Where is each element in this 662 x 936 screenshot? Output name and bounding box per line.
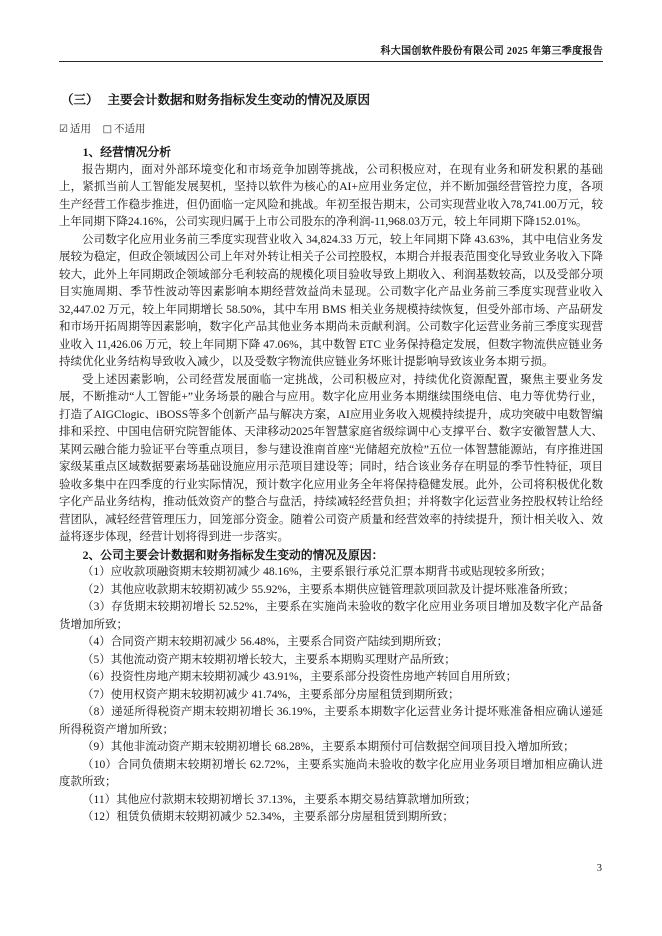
change-item-5: （5）其他流动资产期末较期初增长较大，主要系本期购买理财产品所致； — [59, 652, 603, 670]
section-number: （三） — [61, 93, 99, 107]
applicable-label: 适用 — [70, 124, 91, 135]
report-page: 科大国创软件股份有限公司 2025 年第三季度报告 （三）主要会计数据和财务指标… — [0, 0, 662, 936]
applicable-option: ☑适用 — [59, 124, 94, 135]
report-header-title: 科大国创软件股份有限公司 2025 年第三季度报告 — [381, 46, 604, 57]
section-heading: （三）主要会计数据和财务指标发生变动的情况及原因 — [61, 90, 603, 108]
change-item-10: （10）合同负债期末较期初增长 62.72%，主要系实施尚未验收的数字化应用业务… — [59, 757, 603, 792]
not-applicable-label: 不适用 — [114, 124, 146, 135]
change-item-8: （8）递延所得税资产期末较期初增长 36.19%，主要系本期数字化运营业务计提坏… — [59, 704, 603, 739]
not-applicable-option: □不适用 — [103, 124, 146, 135]
change-item-2: （2）其他应收款期末较期初减少 55.92%，主要系本期供应链管理款项回款及计提… — [59, 582, 603, 600]
change-item-11: （11）其他应付款期末较期初增长 37.13%，主要系本期交易结算款增加所致； — [59, 792, 603, 810]
changes-heading: 2、公司主要会计数据和财务指标发生变动的情况及原因： — [59, 547, 603, 565]
page-content: （三）主要会计数据和财务指标发生变动的情况及原因 ☑适用 □不适用 1、经营情况… — [59, 86, 603, 827]
change-item-4: （4）合同资产期末较期初减少 56.48%，主要系合同资产陆续到期所致； — [59, 634, 603, 652]
change-item-1: （1）应收款项融资期末较期初减少 48.16%，主要系银行承兑汇票本期背书或贴现… — [59, 564, 603, 582]
applicability-row: ☑适用 □不适用 — [59, 121, 603, 136]
section-title: 主要会计数据和财务指标发生变动的情况及原因 — [108, 93, 371, 107]
analysis-paragraph-1: 报告期内，面对外部环境变化和市场竞争加剧等挑战，公司积极应对，在现有业务和研发积… — [59, 162, 603, 232]
analysis-paragraph-2: 公司数字化应用业务前三季度实现营业收入 34,824.33 万元，较上年同期下降… — [59, 232, 603, 372]
analysis-paragraph-3: 受上述因素影响，公司经营发展面临一定挑战，公司积极应对，持续优化资源配置，聚焦主… — [59, 372, 603, 547]
change-item-6: （6）投资性房地产期末较期初减少 43.91%，主要系部分投资性房地产转回自用所… — [59, 669, 603, 687]
page-number: 3 — [597, 863, 602, 874]
unchecked-checkbox-icon: □ — [103, 124, 112, 135]
page-header: 科大国创软件股份有限公司 2025 年第三季度报告 — [59, 42, 603, 62]
change-item-7: （7）使用权资产期末较期初减少 41.74%，主要系部分房屋租赁到期所致； — [59, 687, 603, 705]
change-item-3: （3）存货期末较期初增长 52.52%，主要系在实施尚未验收的数字化应用业务项目… — [59, 599, 603, 634]
change-item-12: （12）租赁负债期末较期初减少 52.34%，主要系部分房屋租赁到期所致； — [59, 809, 603, 827]
analysis-heading: 1、经营情况分析 — [59, 144, 603, 162]
change-item-9: （9）其他非流动资产期末较期初增长 68.28%，主要系本期预付可信数据空间项目… — [59, 739, 603, 757]
checked-checkbox-icon: ☑ — [59, 124, 68, 135]
